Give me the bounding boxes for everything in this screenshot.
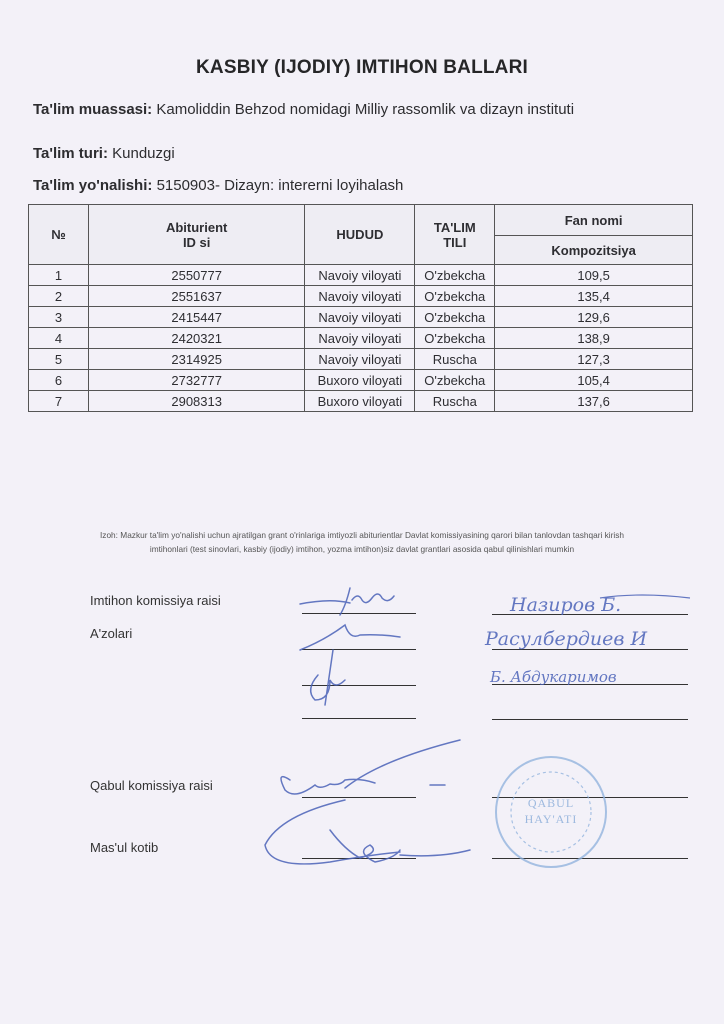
stamp-text-line1: QABUL xyxy=(528,796,574,810)
signature-member-1 xyxy=(300,625,400,650)
signature-marks xyxy=(265,588,470,864)
signature-secretary xyxy=(265,800,470,864)
stamp-text-line2: HAY'ATI xyxy=(525,812,578,826)
signature-exam-chair xyxy=(300,588,394,615)
handwritten-name-2: Расулбердиев И xyxy=(484,628,647,650)
signature-admission-chair xyxy=(281,740,460,794)
signature-member-2 xyxy=(311,650,345,705)
handwriting-layer: QABUL HAY'ATI Назиров Б. Расулбердиев И … xyxy=(0,0,724,1024)
handwritten-name-3: Б. Абдукаримов xyxy=(489,668,617,686)
official-stamp: QABUL HAY'ATI xyxy=(496,757,606,867)
